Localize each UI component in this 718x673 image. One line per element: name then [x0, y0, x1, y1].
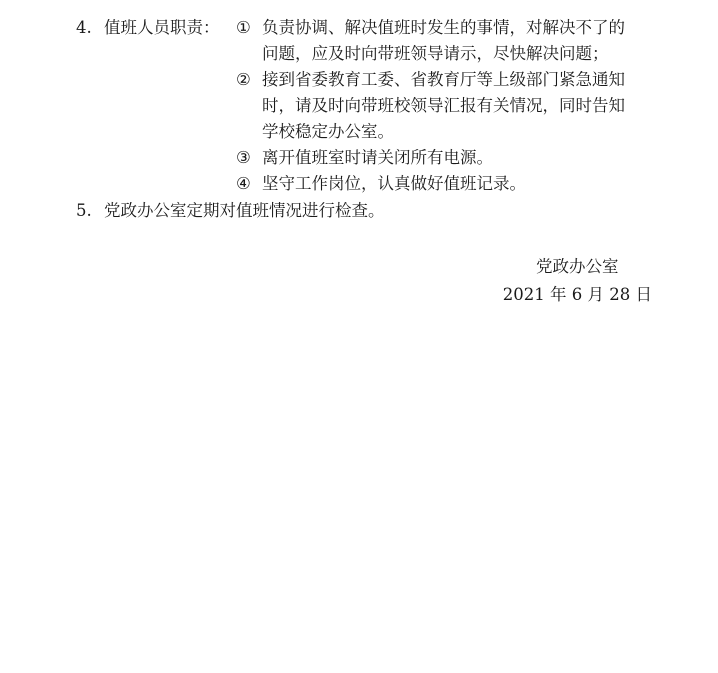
item-5-text: 党政办公室定期对值班情况进行检查。 — [104, 201, 385, 221]
duty-3-marker: ③ — [236, 148, 251, 168]
duty-2-line-2: 时，请及时向带班校领导汇报有关情况，同时告知 — [262, 96, 625, 116]
item-4-number: 4. — [76, 18, 92, 38]
duty-1-line-2: 问题，应及时向带班领导请示，尽快解决问题； — [262, 44, 609, 64]
item-5-number: 5. — [76, 201, 92, 221]
duty-2-line-1: 接到省委教育工委、省教育厅等上级部门紧急通知 — [262, 70, 625, 90]
duty-4-line-1: 坚守工作岗位，认真做好值班记录。 — [262, 174, 526, 194]
duty-1-marker: ① — [236, 18, 251, 38]
signature-date: 2021 年 6 月 28 日 — [503, 285, 652, 305]
duty-2-marker: ② — [236, 70, 251, 90]
duty-2-line-3: 学校稳定办公室。 — [262, 122, 394, 142]
duty-3-line-1: 离开值班室时请关闭所有电源。 — [262, 148, 493, 168]
duty-4-marker: ④ — [236, 174, 251, 194]
duty-1-line-1: 负责协调、解决值班时发生的事情，对解决不了的 — [262, 18, 625, 38]
signature-office: 党政办公室 — [536, 257, 619, 277]
item-4-label: 值班人员职责： — [104, 18, 220, 38]
